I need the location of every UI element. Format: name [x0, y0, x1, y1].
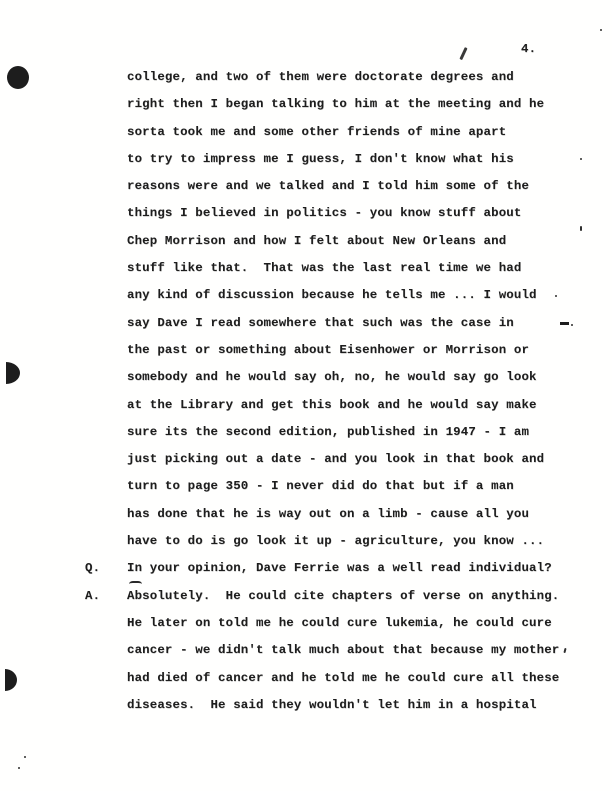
- transcript-line: have to do is go look it up - agricultur…: [127, 528, 559, 555]
- transcript-line: had died of cancer and he told me he cou…: [127, 665, 559, 692]
- ink-blob-half-circle-mark: [6, 362, 20, 384]
- line-text: somebody and he would say oh, no, he wou…: [127, 370, 537, 384]
- transcript-line: has done that he is way out on a limb - …: [127, 501, 559, 528]
- scan-speck: [555, 295, 557, 297]
- scan-speck: [571, 324, 573, 326]
- transcript-line-question: Q.In your opinion, Dave Ferrie was a wel…: [127, 555, 559, 582]
- ink-blob-circle-mark: [7, 66, 29, 89]
- line-text: college, and two of them were doctorate …: [127, 70, 514, 84]
- transcript-line: sorta took me and some other friends of …: [127, 119, 559, 146]
- scan-speck: [600, 29, 602, 31]
- scan-speck: [18, 767, 20, 769]
- transcript-line: things I believed in politics - you know…: [127, 200, 559, 227]
- line-text: have to do is go look it up - agricultur…: [127, 534, 544, 548]
- transcript-line: turn to page 350 - I never did do that b…: [127, 473, 559, 500]
- line-text: cancer - we didn't talk much about that …: [127, 643, 559, 657]
- line-text: Chep Morrison and how I felt about New O…: [127, 234, 506, 248]
- transcript-line: any kind of discussion because he tells …: [127, 282, 559, 309]
- line-text: at the Library and get this book and he …: [127, 398, 537, 412]
- scanned-document-page: 4. college, and two of them were doctora…: [0, 0, 612, 791]
- transcript-line: right then I began talking to him at the…: [127, 91, 559, 118]
- line-text: sure its the second edition, published i…: [127, 425, 529, 439]
- transcript-line: stuff like that. That was the last real …: [127, 255, 559, 282]
- transcript-line: somebody and he would say oh, no, he wou…: [127, 364, 559, 391]
- page-number: 4.: [521, 42, 536, 56]
- transcript-line: He later on told me he could cure lukemi…: [127, 610, 559, 637]
- line-text: diseases. He said they wouldn't let him …: [127, 698, 537, 712]
- transcript-line: the past or something about Eisenhower o…: [127, 337, 559, 364]
- scan-speck: [24, 756, 26, 758]
- transcript-line: at the Library and get this book and he …: [127, 392, 559, 419]
- line-text: In your opinion, Dave Ferrie was a well …: [127, 561, 552, 575]
- speaker-label-a: A.: [85, 583, 100, 610]
- transcript-line-answer: A.Absolutely. He could cite chapters of …: [127, 583, 559, 610]
- transcript-line: cancer - we didn't talk much about that …: [127, 637, 559, 664]
- line-text: Absolutely. He could cite chapters of ve…: [127, 589, 559, 603]
- line-text: right then I began talking to him at the…: [127, 97, 544, 111]
- line-text: He later on told me he could cure lukemi…: [127, 616, 552, 630]
- transcript-line: say Dave I read somewhere that such was …: [127, 310, 559, 337]
- line-text: stuff like that. That was the last real …: [127, 261, 521, 275]
- transcript-line: college, and two of them were doctorate …: [127, 64, 559, 91]
- scan-speck: [580, 158, 582, 160]
- line-text: sorta took me and some other friends of …: [127, 125, 506, 139]
- overtype-squiggle-mark: [129, 581, 142, 587]
- line-text: reasons were and we talked and I told hi…: [127, 179, 529, 193]
- scan-speck: [580, 226, 582, 231]
- line-text: has done that he is way out on a limb - …: [127, 507, 529, 521]
- speaker-label-q: Q.: [85, 555, 100, 582]
- line-text: turn to page 350 - I never did do that b…: [127, 479, 514, 493]
- transcript-line: just picking out a date - and you look i…: [127, 446, 559, 473]
- line-text: had died of cancer and he told me he cou…: [127, 671, 559, 685]
- transcript-body: college, and two of them were doctorate …: [127, 64, 559, 719]
- line-text: say Dave I read somewhere that such was …: [127, 316, 514, 330]
- line-text: the past or something about Eisenhower o…: [127, 343, 529, 357]
- ink-blob-half-circle-mark: [5, 669, 17, 691]
- line-text: any kind of discussion because he tells …: [127, 288, 537, 302]
- transcript-line: reasons were and we talked and I told hi…: [127, 173, 559, 200]
- transcript-line: diseases. He said they wouldn't let him …: [127, 692, 559, 719]
- line-text: to try to impress me I guess, I don't kn…: [127, 152, 514, 166]
- backslash-stray-mark: [459, 47, 467, 60]
- dash-stray-mark: [560, 322, 569, 325]
- transcript-line: sure its the second edition, published i…: [127, 419, 559, 446]
- transcript-line: Chep Morrison and how I felt about New O…: [127, 228, 559, 255]
- scan-speck: [563, 648, 566, 653]
- line-text: things I believed in politics - you know…: [127, 206, 521, 220]
- line-text: just picking out a date - and you look i…: [127, 452, 544, 466]
- transcript-line: to try to impress me I guess, I don't kn…: [127, 146, 559, 173]
